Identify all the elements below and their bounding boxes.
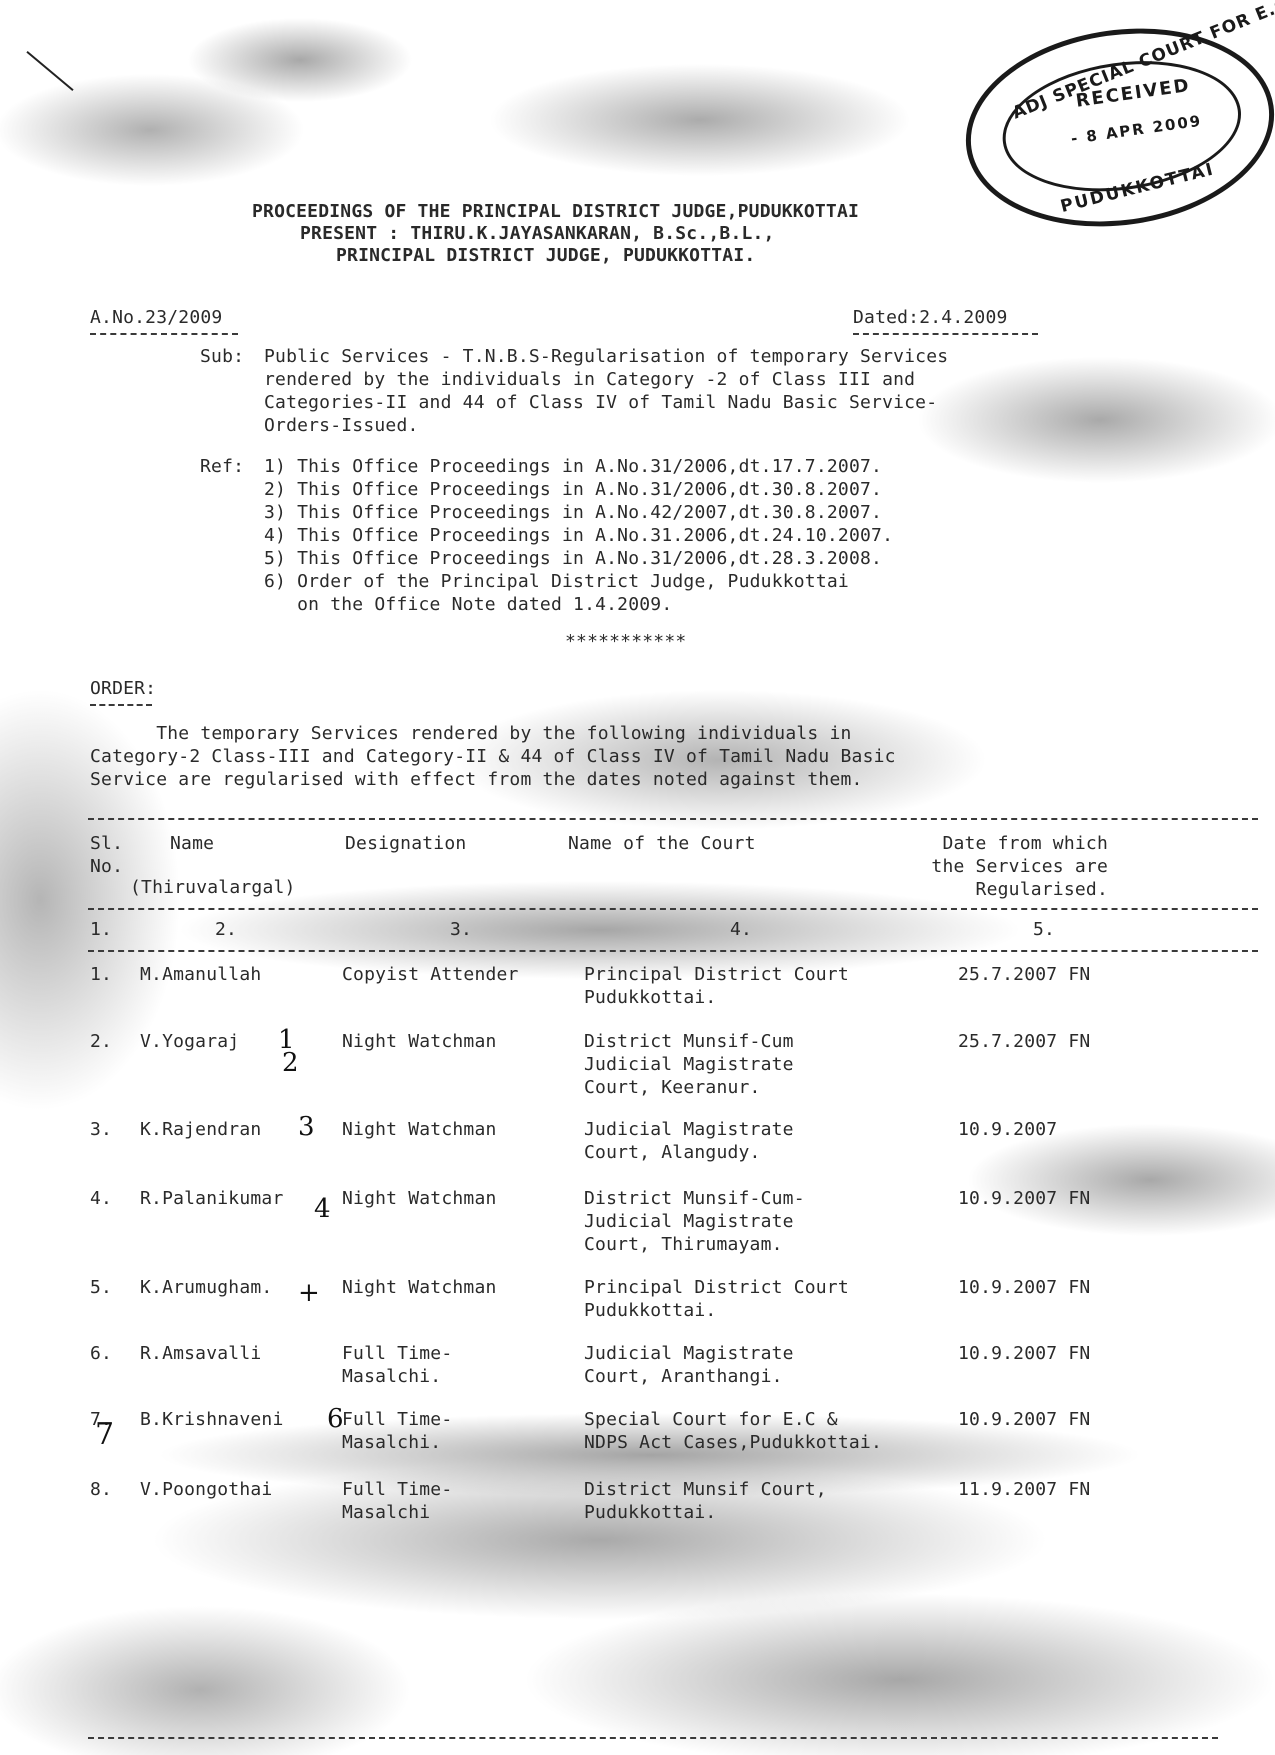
row-date: 11.9.2007 FN (958, 1478, 1090, 1501)
subject-label: Sub: (200, 345, 244, 368)
section-separator: *********** (565, 630, 686, 653)
header-designation: Designation (345, 832, 466, 855)
row-court: Judicial Magistrate Court, Alangudy. (584, 1118, 794, 1164)
row-sl-no: 1. (90, 963, 112, 986)
row-name: K.Rajendran (140, 1118, 261, 1141)
handwritten-mark-4: 4 (314, 1194, 331, 1224)
row-date: 10.9.2007 FN (958, 1187, 1090, 1210)
column-number: 3. (450, 918, 472, 941)
header-name: Name (170, 832, 214, 855)
handwritten-mark-3: 3 (298, 1112, 315, 1142)
header-sl-no: Sl. No. (90, 832, 123, 878)
handwritten-mark-5: + (298, 1278, 320, 1308)
table-top-rule (88, 818, 1258, 820)
row-designation: Night Watchman (342, 1030, 497, 1053)
row-sl-no: 6. (90, 1342, 112, 1365)
column-number: 4. (730, 918, 752, 941)
row-court: Principal District Court Pudukkottai. (584, 1276, 849, 1322)
scanned-document-page: ADJ SPECIAL COURT FOR E.C. OFFENCES RECE… (0, 0, 1275, 1755)
handwritten-mark-6: 6 (327, 1404, 344, 1434)
row-sl-no: 5. (90, 1276, 112, 1299)
table-bottom-rule (88, 1737, 1218, 1739)
row-designation: Night Watchman (342, 1187, 497, 1210)
scribble-mark (26, 51, 73, 91)
row-name: B.Krishnaveni (140, 1408, 283, 1431)
row-name: V.Yogaraj (140, 1030, 239, 1053)
handwritten-mark-2: 2 (282, 1048, 299, 1078)
row-court: Judicial Magistrate Court, Aranthangi. (584, 1342, 794, 1388)
header-court: Name of the Court (568, 832, 756, 855)
order-line: Service are regularised with effect from… (90, 768, 863, 791)
row-designation: Full Time- Masalchi. (342, 1342, 452, 1388)
received-stamp: ADJ SPECIAL COURT FOR E.C. OFFENCES RECE… (953, 9, 1275, 245)
order-line: The temporary Services rendered by the f… (90, 722, 852, 745)
column-number: 2. (215, 918, 237, 941)
header-title: PROCEEDINGS OF THE PRINCIPAL DISTRICT JU… (252, 200, 859, 223)
reference-item: 2) This Office Proceedings in A.No.31/20… (264, 478, 882, 501)
row-name: K.Arumugham. (140, 1276, 272, 1299)
row-court: District Munsif Court, Pudukkottai. (584, 1478, 827, 1524)
row-date: 10.9.2007 (958, 1118, 1057, 1141)
reference-item: 5) This Office Proceedings in A.No.31/20… (264, 547, 882, 570)
row-court: District Munsif-Cum Judicial Magistrate … (584, 1030, 794, 1099)
header-present: PRESENT : THIRU.K.JAYASANKARAN, B.Sc.,B.… (300, 222, 775, 245)
row-date: 25.7.2007 FN (958, 1030, 1090, 1053)
reference-dated: Dated:2.4.2009 (853, 306, 1008, 329)
order-line: Category-2 Class-III and Category-II & 4… (90, 745, 896, 768)
row-name: V.Poongothai (140, 1478, 272, 1501)
reference-item: on the Office Note dated 1.4.2009. (264, 593, 672, 616)
header-name-sub: (Thiruvalargal) (130, 876, 296, 899)
row-sl-no: 4. (90, 1187, 112, 1210)
row-date: 25.7.2007 FN (958, 963, 1090, 986)
order-heading: ORDER: (90, 677, 156, 700)
reference-number-underline (90, 333, 238, 335)
row-court: Principal District Court Pudukkottai. (584, 963, 849, 1009)
row-designation: Copyist Attender (342, 963, 519, 986)
subject-line: Public Services - T.N.B.S-Regularisation… (264, 345, 948, 368)
column-number: 5. (1033, 918, 1055, 941)
row-name: R.Amsavalli (140, 1342, 261, 1365)
table-column-numbers-rule (88, 950, 1258, 952)
reference-dated-underline (853, 333, 1038, 335)
row-designation: Night Watchman (342, 1118, 497, 1141)
row-date: 10.9.2007 FN (958, 1276, 1090, 1299)
table-header-rule (88, 908, 1258, 910)
subject-line: Orders-Issued. (264, 414, 419, 437)
row-sl-no: 8. (90, 1478, 112, 1501)
subject-line: Categories-II and 44 of Class IV of Tami… (264, 391, 937, 414)
row-designation: Night Watchman (342, 1276, 497, 1299)
reference-item: 3) This Office Proceedings in A.No.42/20… (264, 501, 882, 524)
row-name: R.Palanikumar (140, 1187, 283, 1210)
row-designation: Full Time- Masalchi (342, 1478, 452, 1524)
reference-item: 6) Order of the Principal District Judge… (264, 570, 849, 593)
refs-label: Ref: (200, 455, 244, 478)
header-date: Date from which the Services are Regular… (900, 832, 1108, 901)
reference-number: A.No.23/2009 (90, 306, 222, 329)
handwritten-mark-7: 7 (95, 1417, 114, 1452)
row-court: Special Court for E.C & NDPS Act Cases,P… (584, 1408, 882, 1454)
row-court: District Munsif-Cum- Judicial Magistrate… (584, 1187, 805, 1256)
header-designation: PRINCIPAL DISTRICT JUDGE, PUDUKKOTTAI. (336, 244, 755, 267)
reference-item: 1) This Office Proceedings in A.No.31/20… (264, 455, 882, 478)
order-heading-underline (90, 704, 152, 706)
row-date: 10.9.2007 FN (958, 1342, 1090, 1365)
row-date: 10.9.2007 FN (958, 1408, 1090, 1431)
reference-item: 4) This Office Proceedings in A.No.31.20… (264, 524, 893, 547)
column-number: 1. (90, 918, 112, 941)
row-sl-no: 2. (90, 1030, 112, 1053)
row-designation: Full Time- Masalchi. (342, 1408, 452, 1454)
row-name: M.Amanullah (140, 963, 261, 986)
row-sl-no: 3. (90, 1118, 112, 1141)
subject-line: rendered by the individuals in Category … (264, 368, 915, 391)
